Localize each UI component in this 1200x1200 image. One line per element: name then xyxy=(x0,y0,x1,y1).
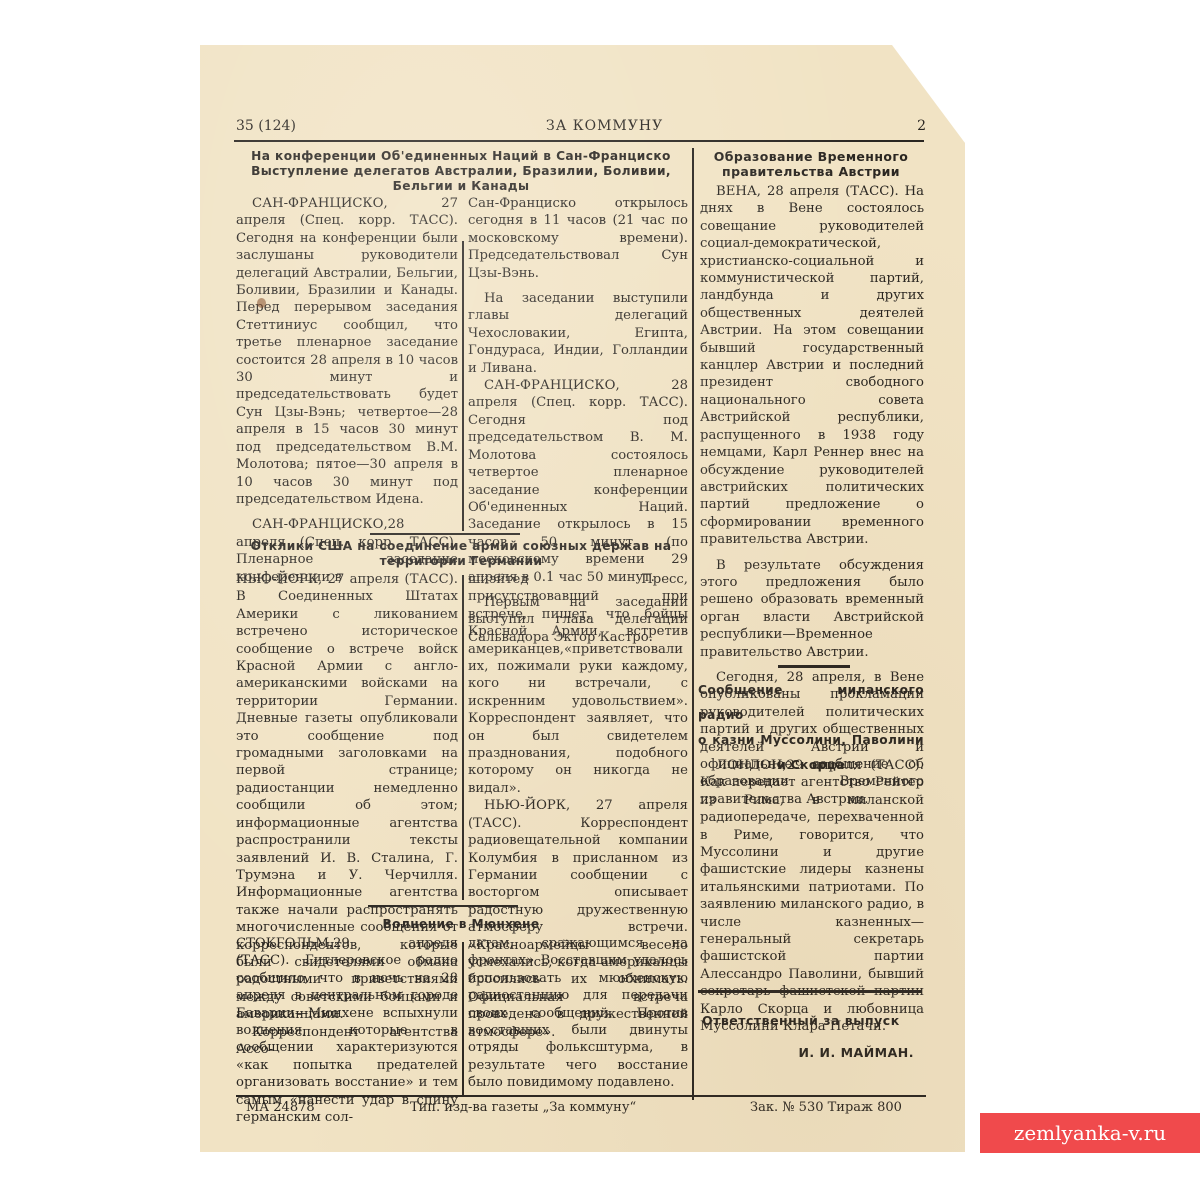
paragraph: ЛОНДОН,29 апреля (ТАСС). Как передает аг… xyxy=(700,757,924,1036)
article-headline-usa-responses: Отклики США на соединение армий союзных … xyxy=(236,539,686,569)
column-divider xyxy=(462,575,464,900)
page-number: 2 xyxy=(917,118,926,134)
masthead: 35 (124) ЗА КОММУНУ 2 xyxy=(236,118,926,140)
responsible-name: И. И. МАЙМАН. xyxy=(700,1045,924,1060)
article-body-un-col1: САН-ФРАНЦИСКО, 27 апреля (Спец. корр. ТА… xyxy=(236,195,458,586)
column-divider xyxy=(692,148,694,1100)
article-body-munich-col1: СТОКГОЛЬМ,29 апреля (ТАСС). Гитлеровское… xyxy=(236,935,458,1126)
column-divider xyxy=(462,241,464,531)
paragraph: СТОКГОЛЬМ,29 апреля (ТАСС). Гитлеровское… xyxy=(236,935,458,1126)
headline-line: о казни Муссолини, Паволини xyxy=(698,728,924,753)
article-separator xyxy=(370,533,520,535)
paragraph: В результате обсуждения этого предложени… xyxy=(700,557,924,661)
headline-line: Волнение в Мюнхене xyxy=(236,917,686,932)
article-separator xyxy=(698,990,922,993)
paragraph: САН-ФРАНЦИСКО, 27 апреля (Спец. корр. ТА… xyxy=(236,195,458,508)
newspaper-title: ЗА КОММУНУ xyxy=(546,118,663,134)
footer-rule xyxy=(236,1095,926,1097)
issue-number: 35 (124) xyxy=(236,118,296,134)
article-body-munich-col2: датам, сражающимся на фронтах» Восставши… xyxy=(468,935,688,1092)
headline-line: Бельгии и Канады xyxy=(236,179,686,194)
headline-line: территории Германии xyxy=(236,554,686,569)
headline-line: Отклики США на соединение армий союзных … xyxy=(236,539,686,554)
article-headline-munich: Волнение в Мюнхене xyxy=(236,917,686,932)
article-headline-austria: Образование Временного правительства Авс… xyxy=(698,149,924,179)
headline-line: Выступление делегатов Австралии, Бразили… xyxy=(236,164,686,179)
article-separator xyxy=(368,905,518,907)
headline-line: Образование Временного xyxy=(698,149,924,164)
masthead-rule xyxy=(234,140,924,142)
headline-line: Сообщение миланского радио xyxy=(698,678,924,728)
footer-order: Зак. № 530 Тираж 800 xyxy=(750,1100,902,1115)
paragraph: Сан-Франциско открылось сегодня в 11 час… xyxy=(468,195,688,282)
paragraph: На заседании выступили главы делегаций Ч… xyxy=(468,290,688,377)
paragraph: датам, сражающимся на фронтах» Восставши… xyxy=(468,935,688,1092)
paragraph: шиэйтед Пресс, присутствовавший при встр… xyxy=(468,571,688,797)
headline-line: На конференции Об'единенных Наций в Сан-… xyxy=(236,149,686,164)
footer-code: МА 24878 xyxy=(246,1100,315,1115)
headline-line: правительства Австрии xyxy=(698,164,924,179)
footer-printer: Тип. изд-ва газеты „За коммуну“ xyxy=(410,1100,636,1115)
paper-stain xyxy=(257,298,266,308)
site-watermark: zemlyanka-v.ru xyxy=(980,1113,1200,1153)
newspaper-page: 35 (124) ЗА КОММУНУ 2 На конференции Об'… xyxy=(200,45,965,1152)
article-headline-un-conference: На конференции Об'единенных Наций в Сан-… xyxy=(236,149,686,194)
article-separator xyxy=(778,665,850,668)
responsible-label: Ответственный за выпуск xyxy=(702,1013,926,1028)
column-divider xyxy=(462,942,464,1095)
paragraph: ВЕНА, 28 апреля (ТАСС). На днях в Вене с… xyxy=(700,183,924,549)
article-body-mussolini: ЛОНДОН,29 апреля (ТАСС). Как передает аг… xyxy=(700,757,924,1036)
